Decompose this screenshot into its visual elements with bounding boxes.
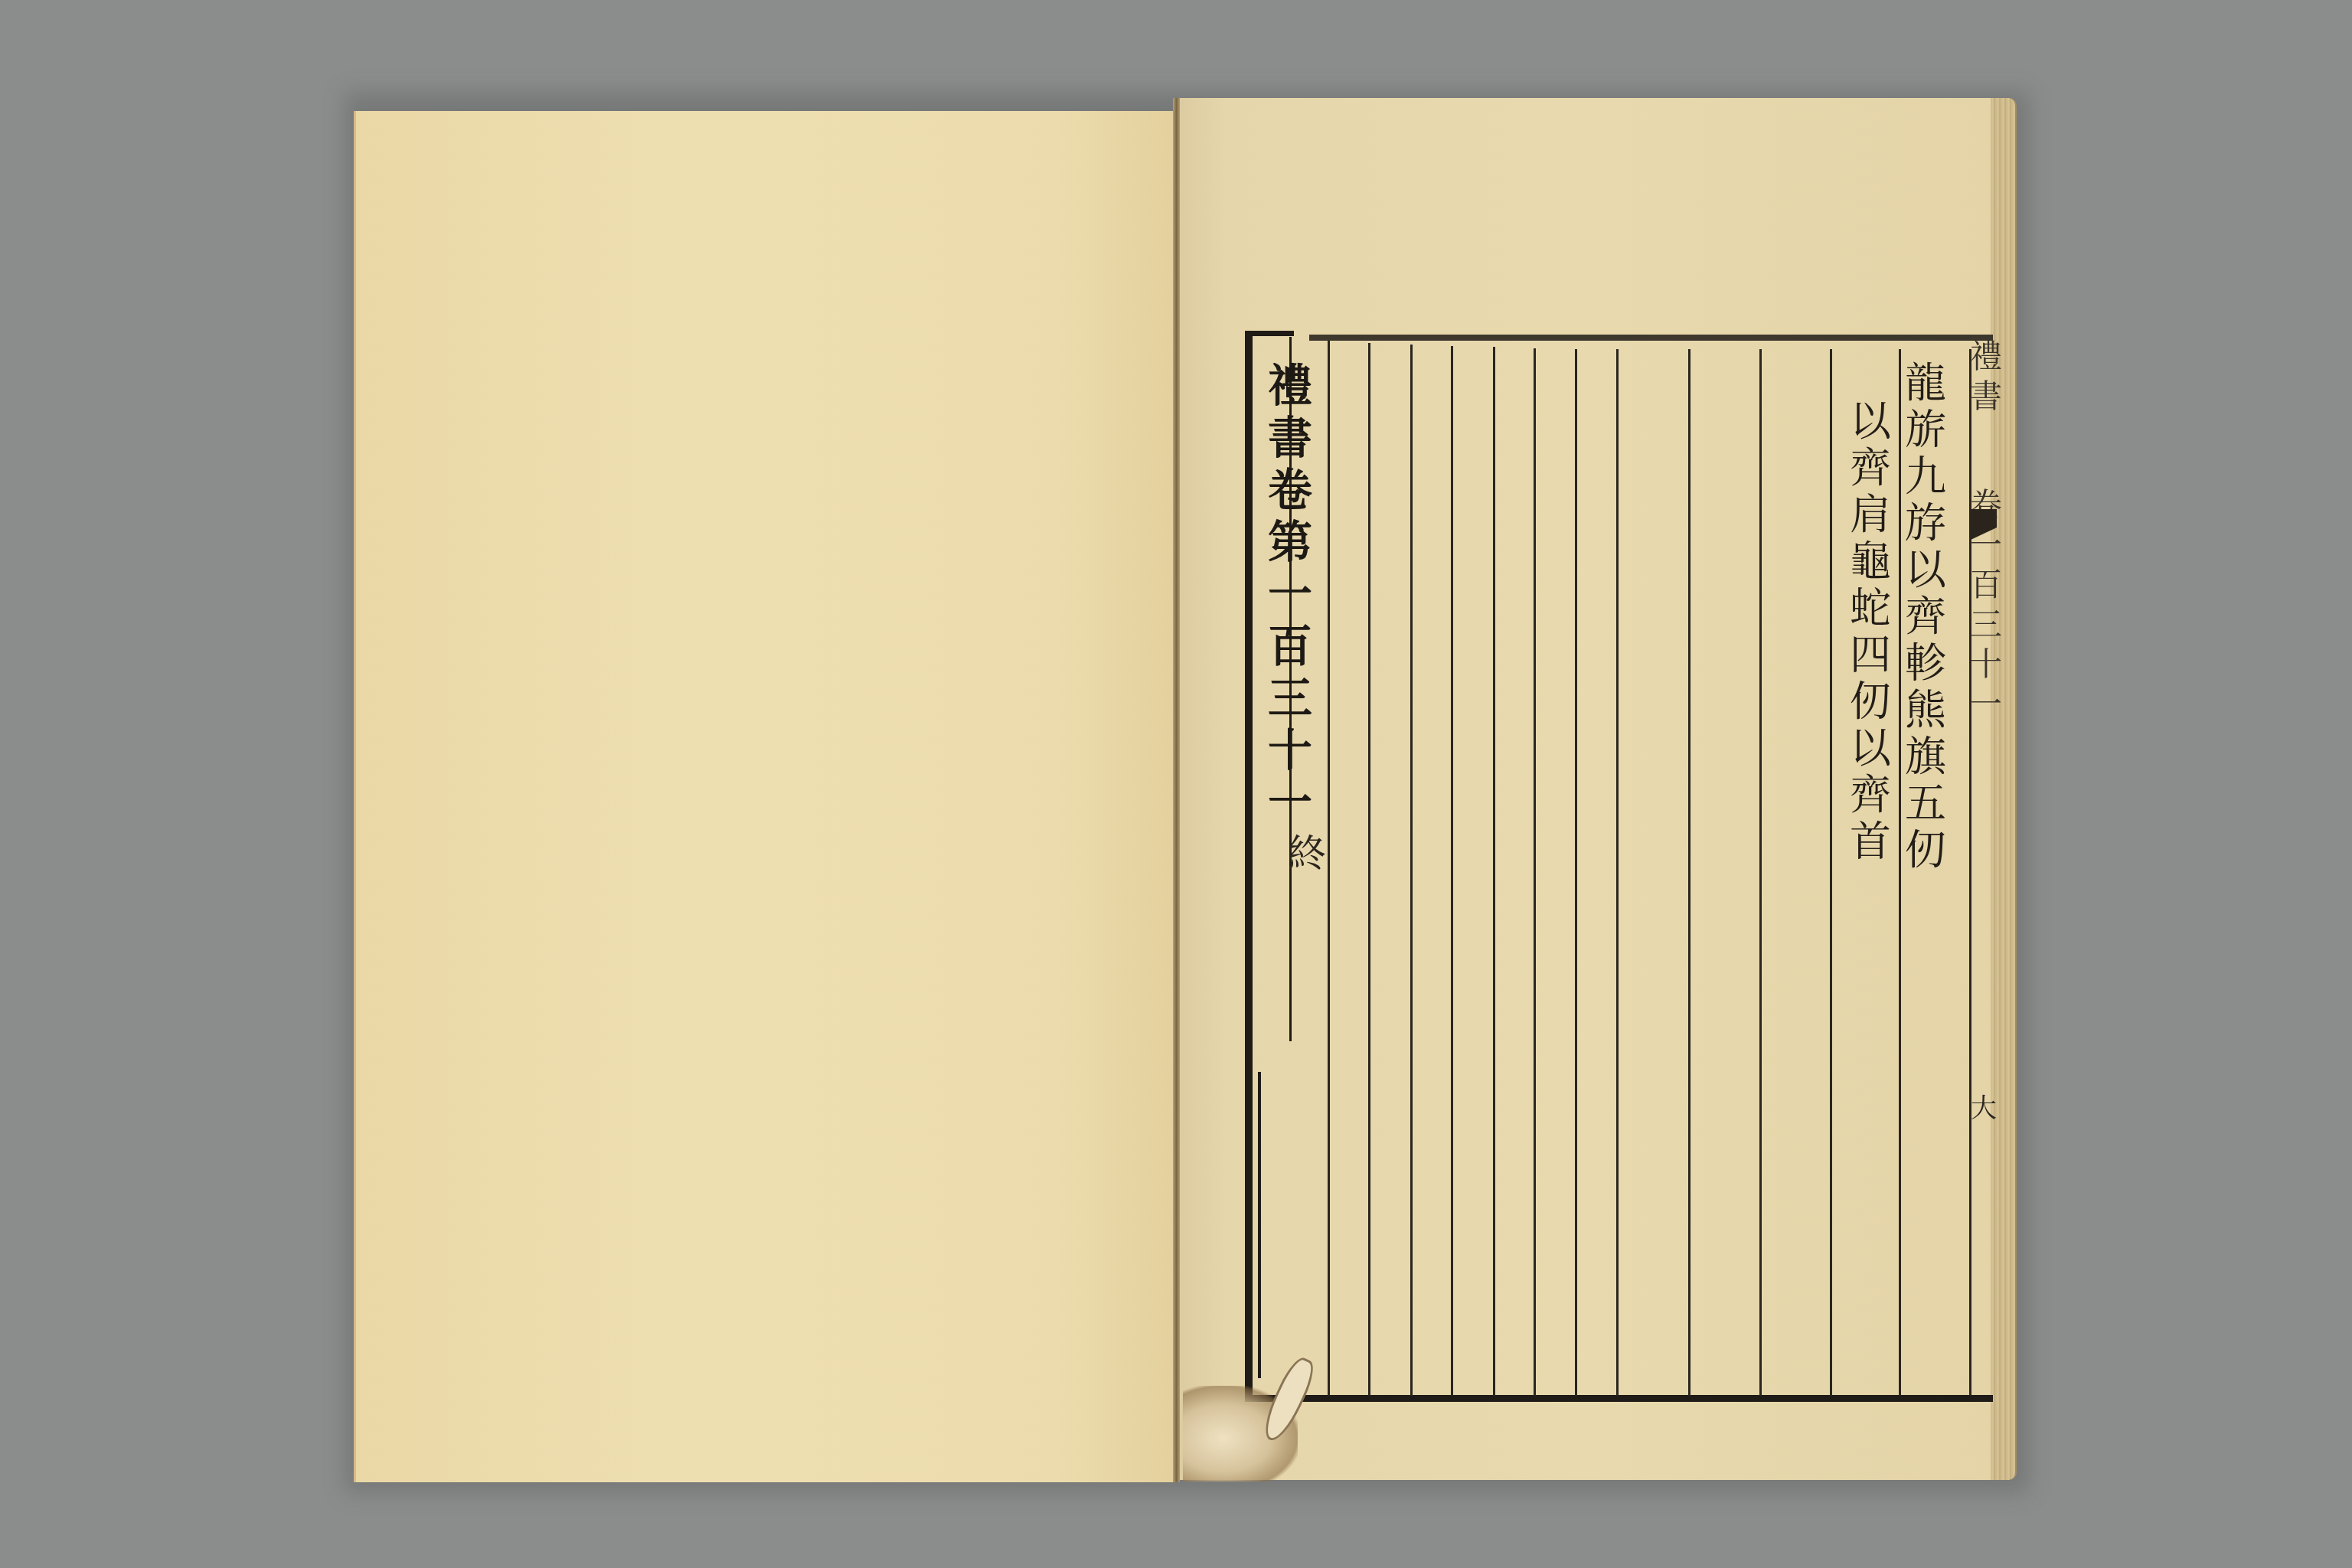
left-page-blank [354, 111, 1177, 1482]
column-rule [1410, 345, 1413, 1396]
text-char: 仞 [1905, 827, 1946, 874]
text-char: 仞 [1850, 678, 1891, 725]
fold-char: 書 [1970, 377, 2002, 416]
text-char: 龜 [1850, 538, 1891, 585]
title-char: 第 [1268, 516, 1312, 568]
column-rule [1534, 348, 1536, 1396]
frame-left-border [1245, 335, 1253, 1398]
fold-char: 百 [1970, 565, 2002, 605]
column-rule [1328, 341, 1330, 1396]
text-char: 蛇 [1850, 585, 1891, 632]
title-char: 禮 [1268, 360, 1312, 412]
text-char: 旗 [1905, 733, 1946, 780]
book-spine-gutter [1173, 98, 1180, 1482]
text-char: 以 [1905, 547, 1946, 593]
text-char: 齊 [1905, 593, 1946, 640]
frame-top-border [1309, 335, 1993, 341]
volume-title-column: 禮 書 卷 第 一 百 三 十 一 [1263, 360, 1317, 828]
text-char: 肩 [1850, 492, 1891, 538]
column-rule [1575, 349, 1577, 1396]
text-char: 四 [1850, 632, 1891, 678]
title-char: 卷 [1268, 464, 1312, 516]
column-rule [1616, 349, 1619, 1396]
text-char: 軫 [1905, 640, 1946, 687]
fold-char: 禮 [1970, 337, 2002, 377]
text-char: 以 [1850, 398, 1891, 445]
title-box-top-border [1245, 331, 1294, 336]
text-char: 熊 [1905, 687, 1946, 733]
text-char: 五 [1905, 780, 1946, 827]
title-char: 一 [1268, 776, 1312, 828]
text-char: 斿 [1905, 500, 1946, 547]
fold-char: 一 [1970, 684, 2002, 724]
title-char: 三 [1268, 672, 1312, 724]
column-rule [1688, 349, 1690, 1396]
text-char: 旂 [1905, 407, 1946, 453]
fold-char: 十 [1970, 645, 2002, 684]
column-rule [1451, 346, 1453, 1396]
column-rule [1493, 347, 1495, 1396]
text-char: 龍 [1905, 360, 1946, 407]
fold-char: 三 [1970, 605, 2002, 645]
text-column-2: 以 齊 肩 龜 蛇 四 仞 以 齊 首 [1844, 398, 1897, 865]
title-char: 一 [1268, 568, 1312, 620]
text-column-1: 龍 旂 九 斿 以 齊 軫 熊 旗 五 仞 [1899, 360, 1952, 874]
frame-bottom-border [1245, 1395, 1993, 1402]
column-rule [1759, 349, 1762, 1396]
text-char: 以 [1850, 725, 1891, 772]
title-char: 書 [1268, 412, 1312, 464]
stray-character-mark: 大 [1971, 1087, 1997, 1125]
column-rule [1830, 349, 1832, 1396]
text-char: 齊 [1850, 445, 1891, 492]
text-char: 首 [1850, 818, 1891, 865]
title-char: 十 [1268, 724, 1312, 776]
title-char: 百 [1268, 620, 1312, 672]
text-char: 九 [1905, 453, 1946, 500]
frame-left-inner-border [1258, 1072, 1261, 1378]
end-mark: 終 [1288, 823, 1326, 878]
column-rule [1368, 343, 1370, 1396]
page-stack-edge [1991, 98, 2017, 1480]
text-char: 齊 [1850, 772, 1891, 818]
